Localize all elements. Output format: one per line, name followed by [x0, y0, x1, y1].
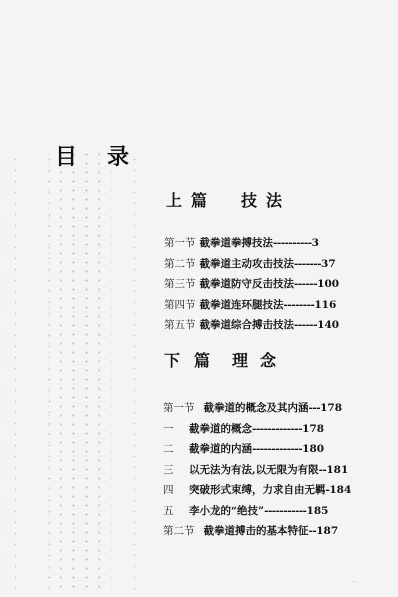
part2-heading-char-3: 理 — [232, 348, 248, 371]
toc-entry-leader: ------------- — [252, 439, 302, 460]
part1-heading-char-4: 法 — [266, 188, 282, 211]
part2-heading-char-4: 念 — [260, 348, 276, 371]
toc-entry[interactable]: 第一节 截拳道的概念及其内涵 --- 178 — [163, 398, 385, 419]
toc-entry-title: 截拳道的概念及其内涵 — [204, 398, 309, 419]
toc-entry-page: 100 — [317, 274, 339, 295]
toc-entry-title: 截拳道拳搏技法 — [200, 233, 274, 254]
part2-toc-list: 第一节 截拳道的概念及其内涵 --- 178 一 截拳道的概念 --------… — [163, 398, 385, 542]
toc-entry[interactable]: 第四节 截拳道连环腿技法 -------- 116 — [164, 295, 386, 316]
toc-entry[interactable]: 第一节 截拳道拳搏技法 ---------- 3 — [164, 233, 386, 254]
toc-entry-leader: --- — [309, 398, 321, 419]
toc-entry-number: 第五节 — [164, 315, 196, 336]
toc-entry-number: 二 — [163, 439, 185, 460]
toc-entry-number: 第四节 — [164, 295, 196, 316]
part2-heading-char-2: 篇 — [194, 348, 210, 371]
toc-entry-title: 截拳道搏击的基本特征 — [204, 521, 309, 542]
toc-entry-page: 37 — [321, 254, 336, 275]
toc-entry[interactable]: 一 截拳道的概念 ------------- 178 — [163, 419, 385, 440]
toc-entry-title: 截拳道防守反击技法 — [200, 274, 295, 295]
toc-entry[interactable]: 第二节 截拳道搏击的基本特征 -- 187 — [163, 521, 385, 542]
part2-heading-char-1: 下 — [164, 348, 180, 371]
toc-entry-title: 李小龙的“绝技” — [189, 501, 264, 522]
part1-heading-char-1: 上 — [166, 188, 182, 211]
toc-entry-number: 一 — [163, 419, 185, 440]
toc-entry[interactable]: 第二节 截拳道主动攻击技法 ------- 37 — [164, 254, 386, 275]
toc-entry[interactable]: 第五节 截拳道综合搏击技法 ------ 140 — [164, 315, 386, 336]
toc-entry-title: 截拳道综合搏击技法 — [200, 315, 295, 336]
toc-entry-page: 181 — [326, 460, 348, 481]
toc-entry-number: 五 — [163, 501, 185, 522]
toc-entry-title: 以无法为有法,以无限为有限 — [189, 460, 319, 481]
toc-entry-page: 178 — [320, 398, 342, 419]
toc-entry[interactable]: 第三节 截拳道防守反击技法 ------ 100 — [164, 274, 386, 295]
part1-toc-list: 第一节 截拳道拳搏技法 ---------- 3 第二节 截拳道主动攻击技法 -… — [164, 233, 386, 336]
page-mark: ·· — [352, 578, 356, 586]
toc-entry-number: 第二节 — [164, 254, 196, 275]
toc-entry-page: 180 — [302, 439, 324, 460]
toc-entry-page: 3 — [312, 233, 319, 254]
toc-entry-number: 三 — [163, 460, 185, 481]
show-through-text-background — [0, 150, 145, 590]
toc-entry[interactable]: 三 以无法为有法,以无限为有限 -- 181 — [163, 460, 385, 481]
toc-entry-leader: ------- — [294, 254, 321, 275]
part1-heading-char-3: 技 — [241, 188, 257, 211]
page-title-char-1: 目 — [55, 140, 77, 171]
toc-entry-title: 突破形式束缚，力求自由无羁 — [189, 480, 326, 501]
toc-entry[interactable]: 五 李小龙的“绝技” ----------- 185 — [163, 501, 385, 522]
toc-entry[interactable]: 二 截拳道的内涵 ------------- 180 — [163, 439, 385, 460]
toc-entry-title: 截拳道连环腿技法 — [200, 295, 284, 316]
toc-entry-number: 四 — [163, 480, 185, 501]
toc-entry-leader: ------ — [294, 274, 317, 295]
toc-entry-page: 178 — [302, 419, 324, 440]
toc-entry-leader: -- — [319, 460, 327, 481]
part1-heading-char-2: 篇 — [191, 188, 207, 211]
toc-entry-title: 截拳道的概念 — [189, 419, 252, 440]
toc-entry-page: 140 — [317, 315, 339, 336]
toc-entry-leader: ----------- — [264, 501, 306, 522]
toc-entry-leader: -------- — [284, 295, 315, 316]
toc-entry-number: 第一节 — [164, 233, 196, 254]
toc-entry-page: 116 — [314, 295, 336, 316]
toc-entry-number: 第三节 — [164, 274, 196, 295]
toc-entry-leader: ------ — [294, 315, 317, 336]
toc-entry-page: 184 — [329, 480, 351, 501]
page-title-char-2: 录 — [107, 140, 129, 171]
toc-entry-page: 185 — [307, 501, 329, 522]
toc-entry-leader: -- — [309, 521, 317, 542]
toc-entry-leader: ---------- — [273, 233, 312, 254]
toc-entry-page: 187 — [316, 521, 338, 542]
toc-entry-title: 截拳道主动攻击技法 — [200, 254, 295, 275]
toc-entry-number: 第二节 — [163, 521, 195, 542]
toc-entry-leader: ------------- — [252, 419, 302, 440]
toc-entry[interactable]: 四 突破形式束缚，力求自由无羁 - 184 — [163, 480, 385, 501]
toc-entry-title: 截拳道的内涵 — [189, 439, 252, 460]
toc-entry-number: 第一节 — [163, 398, 195, 419]
